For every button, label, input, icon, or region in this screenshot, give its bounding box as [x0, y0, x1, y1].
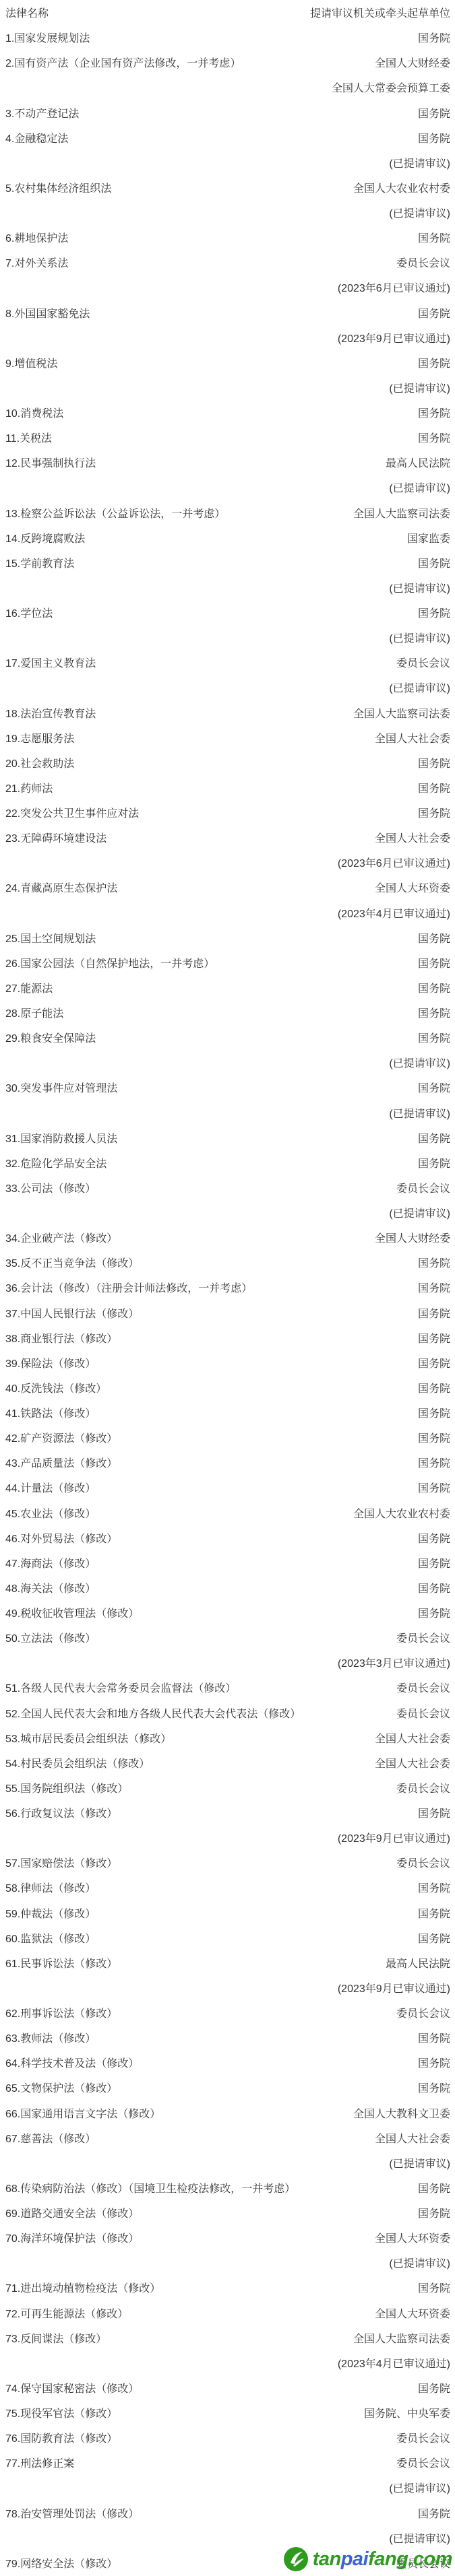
organ-note: (2023年6月已审议通过) — [338, 855, 450, 870]
table-row: 47.海商法（修改）国务院 — [0, 1550, 455, 1575]
law-name: 57.国家赔偿法（修改） — [5, 1855, 117, 1870]
law-name: 10.消费税法 — [5, 405, 63, 420]
watermark-segment: .com — [408, 2548, 452, 2570]
organ-name: 国务院 — [418, 2280, 450, 2295]
law-name: 32.危险化学品安全法 — [5, 1155, 107, 1170]
organ-name: 国务院 — [418, 1555, 450, 1571]
table-row: 62.刑事诉讼法（修改）委员长会议 — [0, 2000, 455, 2025]
law-name: 47.海商法（修改） — [5, 1555, 96, 1571]
organ-name: 委员长会议 — [396, 1855, 450, 1870]
law-name: 63.教师法（修改） — [5, 2030, 96, 2045]
law-name: 67.慈善法（修改） — [5, 2130, 96, 2146]
organ-name: 国务院 — [418, 805, 450, 820]
organ-name: 最高人民法院 — [386, 1955, 450, 1971]
organ-name: 委员长会议 — [396, 1705, 450, 1721]
watermark-segment: tan — [313, 2548, 341, 2570]
table-note-row: 全国人大常委会预算工委 — [0, 75, 455, 100]
table-note-row: (已提请审议) — [0, 475, 455, 500]
organ-name: 全国人大社会委 — [375, 1755, 450, 1771]
table-row: 51.各级人民代表大会常务委员会监督法（修改）委员长会议 — [0, 1675, 455, 1700]
law-name: 51.各级人民代表大会常务委员会监督法（修改） — [5, 1680, 236, 1695]
organ-note: (已提请审议) — [389, 480, 450, 495]
law-name: 16.学位法 — [5, 605, 53, 620]
organ-name: 国务院 — [418, 1255, 450, 1270]
organ-name: 全国人大监察司法委 — [353, 2330, 450, 2346]
table-row: 73.反间谍法（修改）全国人大监察司法委 — [0, 2325, 455, 2350]
law-plan-table: 法律名称 提请审议机关或牵头起草单位 1.国家发展规划法国务院2.国有资产法（企… — [0, 0, 455, 2575]
table-row: 22.突发公共卫生事件应对法国务院 — [0, 800, 455, 825]
law-name: 11.关税法 — [5, 430, 52, 445]
organ-name: 全国人大环资委 — [375, 2305, 450, 2321]
law-name: 70.海洋环境保护法（修改） — [5, 2230, 139, 2245]
table-row: 7.对外关系法委员长会议 — [0, 250, 455, 275]
law-name: 30.突发事件应对管理法 — [5, 1080, 117, 1095]
law-name: 44.计量法（修改） — [5, 1480, 96, 1495]
organ-name: 全国人大环资委 — [375, 880, 450, 895]
law-name: 34.企业破产法（修改） — [5, 1230, 117, 1245]
table-row: 43.产品质量法（修改）国务院 — [0, 1450, 455, 1475]
organ-name: 委员长会议 — [396, 1630, 450, 1645]
organ-name: 国务院 — [418, 2380, 450, 2396]
law-name: 14.反跨境腐败法 — [5, 530, 85, 546]
organ-name: 全国人大监察司法委 — [353, 705, 450, 721]
organ-name: 国务院 — [418, 1480, 450, 1495]
table-row: 25.国土空间规划法国务院 — [0, 925, 455, 950]
organ-name: 全国人大教科文卫委 — [353, 2105, 450, 2121]
law-name: 56.行政复议法（修改） — [5, 1805, 117, 1820]
organ-name: 全国人大社会委 — [375, 830, 450, 845]
law-name: 3.不动产登记法 — [5, 105, 79, 121]
table-note-row: (已提请审议) — [0, 2475, 455, 2500]
organ-name: 全国人大农业农村委 — [353, 1505, 450, 1521]
organ-name: 国务院 — [418, 930, 450, 946]
table-note-row: (已提请审议) — [0, 375, 455, 400]
watermark-text: tanpaifang.com — [313, 2548, 452, 2571]
law-name: 6.耕地保护法 — [5, 230, 68, 245]
law-name: 52.全国人民代表大会和地方各级人民代表大会代表法（修改） — [5, 1705, 301, 1721]
organ-name: 国务院 — [418, 2055, 450, 2070]
table-row: 15.学前教育法国务院 — [0, 550, 455, 575]
organ-name: 全国人大社会委 — [375, 2130, 450, 2146]
organ-note: (已提请审议) — [389, 205, 450, 220]
organ-name: 最高人民法院 — [386, 455, 450, 470]
organ-note: (已提请审议) — [389, 2255, 450, 2270]
organ-name: 全国人大社会委 — [375, 1730, 450, 1746]
law-name: 48.海关法（修改） — [5, 1580, 96, 1595]
table-row: 60.监狱法（修改）国务院 — [0, 1925, 455, 1950]
table-row: 21.药师法国务院 — [0, 775, 455, 800]
table-note-row: (已提请审议) — [0, 1200, 455, 1225]
organ-name: 国务院 — [418, 105, 450, 121]
organ-name: 国务院 — [418, 2180, 450, 2195]
table-row: 9.增值税法国务院 — [0, 350, 455, 375]
table-row: 72.可再生能源法（修改）全国人大环资委 — [0, 2301, 455, 2325]
organ-note: (已提请审议) — [389, 2530, 450, 2546]
table-row: 71.进出境动植物检疫法（修改）国务院 — [0, 2275, 455, 2300]
law-name: 24.青藏高原生态保护法 — [5, 880, 117, 895]
law-name: 64.科学技术普及法（修改） — [5, 2055, 139, 2070]
organ-name: 全国人大环资委 — [375, 2230, 450, 2245]
table-row: 8.外国国家豁免法国务院 — [0, 300, 455, 325]
law-name: 2.国有资产法（企业国有资产法修改，一并考虑） — [5, 55, 241, 70]
organ-note: (已提请审议) — [389, 2155, 450, 2171]
watermark-segment: pai — [341, 2548, 368, 2570]
law-name: 77.刑法修正案 — [5, 2455, 74, 2470]
table-note-row: (2023年9月已审议通过) — [0, 325, 455, 350]
table-row: 48.海关法（修改）国务院 — [0, 1575, 455, 1600]
law-name: 27.能源法 — [5, 980, 53, 995]
table-row: 64.科学技术普及法（修改）国务院 — [0, 2050, 455, 2075]
table-row: 78.治安管理处罚法（修改）国务院 — [0, 2501, 455, 2525]
table-note-row: (已提请审议) — [0, 2150, 455, 2175]
organ-note: 全国人大常委会预算工委 — [332, 79, 450, 95]
organ-note: (2023年9月已审议通过) — [338, 1980, 450, 1995]
table-row: 46.对外贸易法（修改）国务院 — [0, 1525, 455, 1550]
law-name: 21.药师法 — [5, 780, 53, 795]
table-row: 40.反洗钱法（修改）国务院 — [0, 1375, 455, 1400]
organ-name: 国务院 — [418, 1905, 450, 1921]
law-name: 75.现役军官法（修改） — [5, 2405, 117, 2420]
law-name: 37.中国人民银行法（修改） — [5, 1305, 139, 1321]
table-note-row: (已提请审议) — [0, 1050, 455, 1075]
table-row: 53.城市居民委员会组织法（修改）全国人大社会委 — [0, 1725, 455, 1750]
organ-name: 委员长会议 — [396, 655, 450, 670]
table-row: 17.爱国主义教育法委员长会议 — [0, 650, 455, 675]
table-row: 31.国家消防救援人员法国务院 — [0, 1125, 455, 1150]
table-row: 32.危险化学品安全法国务院 — [0, 1150, 455, 1175]
law-name: 76.国防教育法（修改） — [5, 2430, 117, 2445]
tanpaifang-logo-icon — [283, 2546, 309, 2572]
law-name: 45.农业法（修改） — [5, 1505, 96, 1521]
organ-name: 国务院 — [418, 980, 450, 995]
organ-name: 全国人大社会委 — [375, 730, 450, 746]
law-name: 43.产品质量法（修改） — [5, 1455, 117, 1470]
organ-name: 国务院 — [418, 1455, 450, 1470]
law-name: 66.国家通用语言文字法（修改） — [5, 2105, 160, 2121]
organ-name: 国务院 — [418, 1330, 450, 1346]
table-row: 20.社会救助法国务院 — [0, 750, 455, 775]
table-row: 58.律师法（修改）国务院 — [0, 1875, 455, 1900]
law-name: 8.外国国家豁免法 — [5, 305, 90, 321]
table-row: 5.农村集体经济组织法全国人大农业农村委 — [0, 175, 455, 200]
law-name: 19.志愿服务法 — [5, 730, 74, 746]
organ-name: 国务院 — [418, 1305, 450, 1321]
table-row: 2.国有资产法（企业国有资产法修改，一并考虑）全国人大财经委 — [0, 50, 455, 75]
law-name: 28.原子能法 — [5, 1005, 63, 1020]
organ-name: 国务院 — [418, 405, 450, 420]
table-note-row: (2023年4月已审议通过) — [0, 2350, 455, 2375]
organ-name: 国务院 — [418, 1605, 450, 1620]
table-note-row: (已提请审议) — [0, 575, 455, 600]
table-row: 52.全国人民代表大会和地方各级人民代表大会代表法（修改）委员长会议 — [0, 1700, 455, 1725]
table-row: 59.仲裁法（修改）国务院 — [0, 1901, 455, 1925]
table-note-row: (已提请审议) — [0, 2250, 455, 2275]
table-row: 66.国家通用语言文字法（修改）全国人大教科文卫委 — [0, 2101, 455, 2125]
organ-name: 国务院 — [418, 1005, 450, 1020]
table-note-row: (2023年3月已审议通过) — [0, 1650, 455, 1675]
organ-note: (已提请审议) — [389, 580, 450, 595]
table-body: 1.国家发展规划法国务院2.国有资产法（企业国有资产法修改，一并考虑）全国人大财… — [0, 25, 455, 2575]
law-name: 13.检察公益诉讼法（公益诉讼法，一并考虑） — [5, 505, 225, 521]
table-note-row: (已提请审议) — [0, 200, 455, 225]
law-name: 4.金融稳定法 — [5, 130, 68, 145]
table-note-row: (2023年9月已审议通过) — [0, 1975, 455, 2000]
table-note-row: (2023年4月已审议通过) — [0, 900, 455, 925]
organ-name: 国务院、中央军委 — [364, 2405, 450, 2420]
table-row: 33.公司法（修改）委员长会议 — [0, 1175, 455, 1200]
table-row: 42.矿产资源法（修改）国务院 — [0, 1425, 455, 1450]
law-name: 23.无障碍环境建设法 — [5, 830, 107, 845]
organ-name: 国务院 — [418, 2205, 450, 2220]
law-name: 18.法治宣传教育法 — [5, 705, 96, 721]
law-name: 38.商业银行法（修改） — [5, 1330, 117, 1346]
table-row: 49.税收征收管理法（修改）国务院 — [0, 1600, 455, 1625]
table-row: 30.突发事件应对管理法国务院 — [0, 1075, 455, 1100]
law-name: 35.反不正当竞争法（修改） — [5, 1255, 139, 1270]
organ-note: (2023年4月已审议通过) — [338, 2355, 450, 2371]
organ-name: 国务院 — [418, 1930, 450, 1946]
law-name: 40.反洗钱法（修改） — [5, 1380, 107, 1395]
law-name: 65.文物保护法（修改） — [5, 2080, 117, 2095]
table-row: 19.志愿服务法全国人大社会委 — [0, 725, 455, 750]
law-name: 50.立法法（修改） — [5, 1630, 96, 1645]
table-row: 44.计量法（修改）国务院 — [0, 1475, 455, 1500]
organ-name: 国务院 — [418, 1430, 450, 1445]
law-name: 49.税收征收管理法（修改） — [5, 1605, 139, 1620]
organ-name: 国务院 — [418, 30, 450, 45]
organ-name: 国务院 — [418, 780, 450, 795]
organ-name: 国务院 — [418, 1355, 450, 1370]
table-row: 45.农业法（修改）全国人大农业农村委 — [0, 1500, 455, 1525]
table-note-row: (已提请审议) — [0, 625, 455, 650]
table-row: 6.耕地保护法国务院 — [0, 225, 455, 250]
law-name: 39.保险法（修改） — [5, 1355, 96, 1370]
organ-name: 全国人大财经委 — [375, 55, 450, 70]
organ-note: (已提请审议) — [389, 630, 450, 645]
organ-name: 委员长会议 — [396, 2430, 450, 2445]
table-row: 38.商业银行法（修改）国务院 — [0, 1325, 455, 1350]
organ-note: (已提请审议) — [389, 1105, 450, 1121]
table-row: 27.能源法国务院 — [0, 975, 455, 1000]
table-row: 3.不动产登记法国务院 — [0, 100, 455, 125]
table-row: 4.金融稳定法国务院 — [0, 125, 455, 150]
table-row: 61.民事诉讼法（修改）最高人民法院 — [0, 1950, 455, 1975]
law-name: 22.突发公共卫生事件应对法 — [5, 805, 139, 820]
law-name: 60.监狱法（修改） — [5, 1930, 96, 1946]
organ-name: 委员长会议 — [396, 1680, 450, 1695]
table-note-row: (2023年6月已审议通过) — [0, 275, 455, 300]
law-name: 72.可再生能源法（修改） — [5, 2305, 128, 2321]
law-name: 42.矿产资源法（修改） — [5, 1430, 117, 1445]
organ-name: 国务院 — [418, 1280, 450, 1295]
table-row: 56.行政复议法（修改）国务院 — [0, 1800, 455, 1825]
organ-note: (已提请审议) — [389, 380, 450, 395]
organ-name: 国家监委 — [407, 530, 450, 546]
law-name: 12.民事强制执行法 — [5, 455, 96, 470]
law-name: 5.农村集体经济组织法 — [5, 180, 111, 195]
organ-name: 国务院 — [418, 130, 450, 145]
law-name: 73.反间谍法（修改） — [5, 2330, 107, 2346]
organ-name: 国务院 — [418, 2080, 450, 2095]
table-row: 74.保守国家秘密法（修改）国务院 — [0, 2375, 455, 2400]
table-note-row: (2023年6月已审议通过) — [0, 850, 455, 875]
organ-name: 委员长会议 — [396, 2455, 450, 2470]
law-name: 46.对外贸易法（修改） — [5, 1530, 117, 1546]
law-name: 69.道路交通安全法（修改） — [5, 2205, 139, 2220]
organ-name: 委员长会议 — [396, 1180, 450, 1195]
law-name: 54.村民委员会组织法（修改） — [5, 1755, 150, 1771]
column-header-law-name: 法律名称 — [5, 5, 49, 20]
table-row: 1.国家发展规划法国务院 — [0, 25, 455, 50]
law-name: 15.学前教育法 — [5, 555, 74, 570]
law-name: 59.仲裁法（修改） — [5, 1905, 96, 1921]
organ-note: (已提请审议) — [389, 2480, 450, 2495]
table-row: 54.村民委员会组织法（修改）全国人大社会委 — [0, 1750, 455, 1775]
law-name: 58.律师法（修改） — [5, 1880, 96, 1895]
law-name: 71.进出境动植物检疫法（修改） — [5, 2280, 160, 2295]
table-row: 55.国务院组织法（修改）委员长会议 — [0, 1775, 455, 1800]
table-header: 法律名称 提请审议机关或牵头起草单位 — [0, 0, 455, 25]
table-row: 67.慈善法（修改）全国人大社会委 — [0, 2125, 455, 2150]
organ-note: (已提请审议) — [389, 1055, 450, 1070]
table-row: 65.文物保护法（修改）国务院 — [0, 2075, 455, 2100]
organ-name: 委员长会议 — [396, 1780, 450, 1795]
organ-name: 委员长会议 — [396, 255, 450, 270]
table-row: 28.原子能法国务院 — [0, 1000, 455, 1025]
table-row: 16.学位法国务院 — [0, 600, 455, 625]
table-note-row: (已提请审议) — [0, 150, 455, 175]
table-row: 10.消费税法国务院 — [0, 400, 455, 425]
organ-note: (2023年6月已审议通过) — [338, 279, 450, 295]
table-row: 12.民事强制执行法最高人民法院 — [0, 450, 455, 475]
law-name: 1.国家发展规划法 — [5, 30, 90, 45]
table-row: 18.法治宣传教育法全国人大监察司法委 — [0, 700, 455, 725]
table-row: 41.铁路法（修改）国务院 — [0, 1400, 455, 1425]
law-name: 20.社会救助法 — [5, 755, 74, 770]
table-row: 39.保险法（修改）国务院 — [0, 1350, 455, 1375]
organ-name: 国务院 — [418, 2505, 450, 2521]
organ-name: 国务院 — [418, 1580, 450, 1595]
table-row: 77.刑法修正案委员长会议 — [0, 2450, 455, 2475]
table-row: 23.无障碍环境建设法全国人大社会委 — [0, 825, 455, 850]
law-name: 25.国土空间规划法 — [5, 930, 96, 946]
organ-note: (已提请审议) — [389, 680, 450, 695]
table-row: 35.反不正当竞争法（修改）国务院 — [0, 1250, 455, 1275]
table-row: 57.国家赔偿法（修改）委员长会议 — [0, 1850, 455, 1875]
law-name: 41.铁路法（修改） — [5, 1405, 96, 1420]
organ-note: (已提请审议) — [389, 155, 450, 170]
organ-name: 国务院 — [418, 1405, 450, 1420]
law-name: 9.增值税法 — [5, 355, 57, 370]
table-row: 29.粮食安全保障法国务院 — [0, 1025, 455, 1050]
law-name: 31.国家消防救援人员法 — [5, 1130, 117, 1146]
watermark: tanpaifang.com — [283, 2546, 452, 2572]
law-name: 61.民事诉讼法（修改） — [5, 1955, 117, 1971]
table-row: 26.国家公园法（自然保护地法，一并考虑）国务院 — [0, 950, 455, 975]
organ-note: (2023年3月已审议通过) — [338, 1655, 450, 1670]
organ-name: 国务院 — [418, 2030, 450, 2045]
law-name: 79.网络安全法（修改） — [5, 2555, 117, 2571]
watermark-segment: fang — [368, 2548, 408, 2570]
organ-name: 委员长会议 — [396, 2005, 450, 2020]
law-name: 62.刑事诉讼法（修改） — [5, 2005, 117, 2020]
organ-name: 国务院 — [418, 955, 450, 970]
organ-name: 国务院 — [418, 755, 450, 770]
law-name: 17.爱国主义教育法 — [5, 655, 96, 670]
law-name: 33.公司法（修改） — [5, 1180, 96, 1195]
organ-name: 国务院 — [418, 1530, 450, 1546]
law-name: 55.国务院组织法（修改） — [5, 1780, 128, 1795]
law-name: 74.保守国家秘密法（修改） — [5, 2380, 139, 2396]
table-row: 63.教师法（修改）国务院 — [0, 2025, 455, 2050]
law-name: 26.国家公园法（自然保护地法，一并考虑） — [5, 955, 214, 970]
table-row: 37.中国人民银行法（修改）国务院 — [0, 1300, 455, 1325]
table-row: 24.青藏高原生态保护法全国人大环资委 — [0, 875, 455, 900]
organ-name: 国务院 — [418, 1380, 450, 1395]
organ-name: 国务院 — [418, 1030, 450, 1045]
organ-name: 国务院 — [418, 1155, 450, 1170]
table-row: 69.道路交通安全法（修改）国务院 — [0, 2200, 455, 2225]
organ-name: 国务院 — [418, 1805, 450, 1820]
organ-name: 国务院 — [418, 1080, 450, 1095]
table-row: 76.国防教育法（修改）委员长会议 — [0, 2425, 455, 2450]
table-row: 11.关税法国务院 — [0, 425, 455, 450]
table-row: 13.检察公益诉讼法（公益诉讼法，一并考虑）全国人大监察司法委 — [0, 500, 455, 525]
organ-name: 国务院 — [418, 430, 450, 445]
organ-note: (2023年4月已审议通过) — [338, 905, 450, 921]
law-name: 78.治安管理处罚法（修改） — [5, 2505, 139, 2521]
table-row: 34.企业破产法（修改）全国人大财经委 — [0, 1225, 455, 1250]
organ-note: (2023年9月已审议通过) — [338, 1830, 450, 1845]
organ-name: 国务院 — [418, 1130, 450, 1146]
table-row: 14.反跨境腐败法国家监委 — [0, 525, 455, 550]
organ-name: 国务院 — [418, 355, 450, 370]
organ-note: (2023年9月已审议通过) — [338, 330, 450, 345]
table-note-row: (已提请审议) — [0, 675, 455, 700]
organ-name: 国务院 — [418, 305, 450, 321]
organ-note: (已提请审议) — [389, 1205, 450, 1220]
table-row: 75.现役军官法（修改）国务院、中央军委 — [0, 2400, 455, 2425]
organ-name: 国务院 — [418, 605, 450, 620]
law-name: 7.对外关系法 — [5, 255, 68, 270]
table-row: 68.传染病防治法（修改）（国境卫生检疫法修改，一并考虑）国务院 — [0, 2175, 455, 2200]
table-note-row: (2023年9月已审议通过) — [0, 1825, 455, 1850]
organ-name: 全国人大农业农村委 — [353, 180, 450, 195]
table-row: 70.海洋环境保护法（修改）全国人大环资委 — [0, 2225, 455, 2250]
law-name: 53.城市居民委员会组织法（修改） — [5, 1730, 171, 1746]
organ-name: 全国人大监察司法委 — [353, 505, 450, 521]
law-name: 29.粮食安全保障法 — [5, 1030, 96, 1045]
law-name: 68.传染病防治法（修改）（国境卫生检疫法修改，一并考虑） — [5, 2180, 295, 2195]
table-row: 50.立法法（修改）委员长会议 — [0, 1625, 455, 1650]
law-name: 36.会计法（修改）（注册会计师法修改，一并考虑） — [5, 1280, 252, 1295]
column-header-organ: 提请审议机关或牵头起草单位 — [310, 5, 450, 20]
table-note-row: (已提请审议) — [0, 1100, 455, 1125]
organ-name: 全国人大财经委 — [375, 1230, 450, 1245]
organ-name: 国务院 — [418, 230, 450, 245]
organ-name: 国务院 — [418, 1880, 450, 1895]
organ-name: 国务院 — [418, 555, 450, 570]
table-row: 36.会计法（修改）（注册会计师法修改，一并考虑）国务院 — [0, 1275, 455, 1300]
